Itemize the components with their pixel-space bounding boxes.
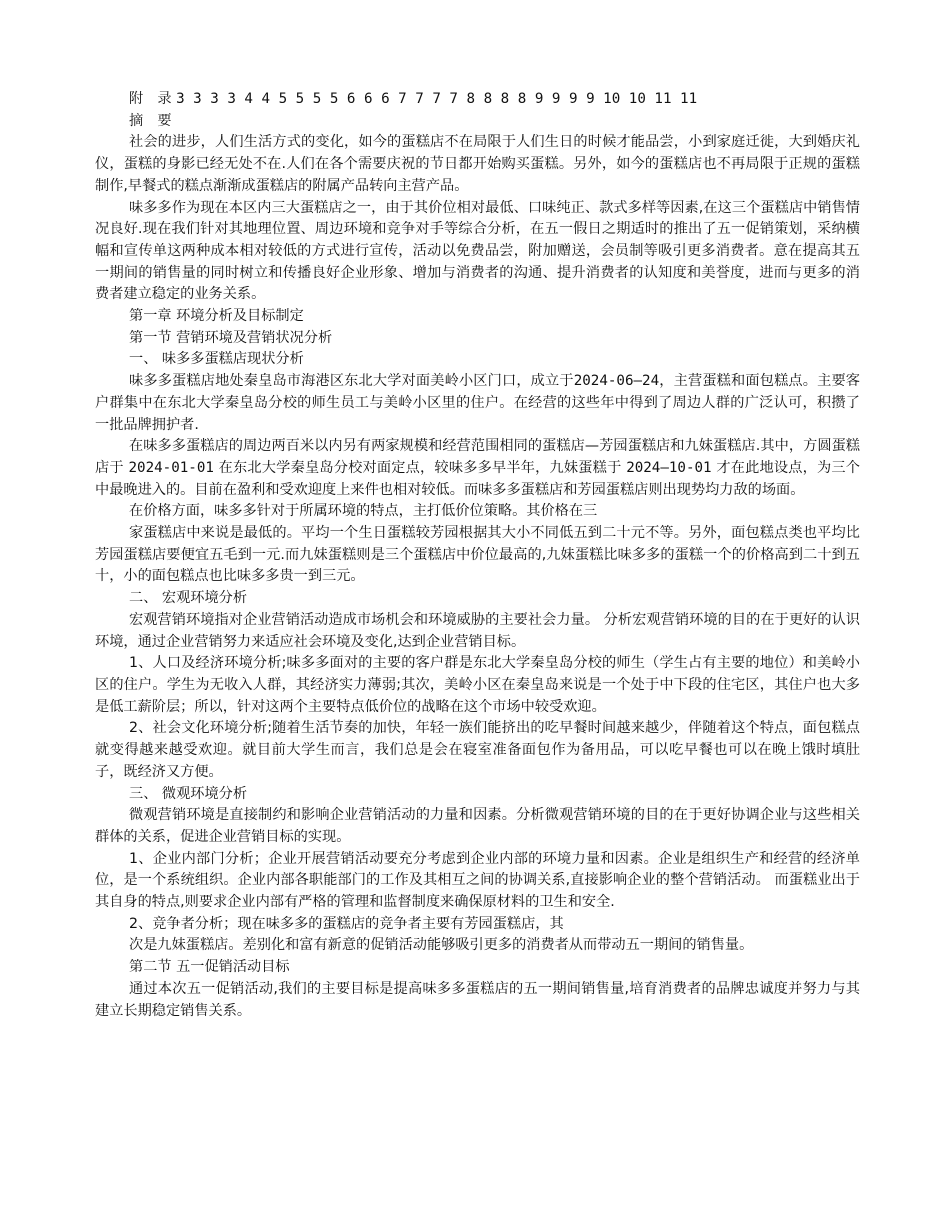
part-1-paragraph-1: 味多多蛋糕店地处秦皇岛市海港区东北大学对面美岭小区门口，成立于2024-06—2… (95, 371, 860, 436)
toc-label: 附 录 (129, 91, 172, 107)
section-2-title: 第二节 五一促销活动目标 (95, 957, 860, 979)
text: 在东北大学秦皇岛分校对面定点，较味多多早半年，九妹蛋糕于 (219, 460, 622, 476)
chapter-1-title: 第一章 环境分析及目标制定 (95, 306, 860, 328)
part-1-title: 一、 味多多蛋糕店现状分析 (95, 349, 860, 371)
part-3-paragraph-4: 次是九妹蛋糕店。差别化和富有新意的促销活动能够吸引更多的消费者从而带动五一期间的… (95, 935, 860, 957)
part-1-paragraph-3: 在价格方面，味多多针对于所属环境的特点，主打低价位策略。其价格在三 (95, 501, 860, 523)
section-1-title: 第一节 营销环境及营销状况分析 (95, 328, 860, 350)
abstract-paragraph-2: 味多多作为现在本区内三大蛋糕店之一，由于其价位相对最低、口味纯正、款式多样等因素… (95, 198, 860, 307)
part-3-paragraph-2: 1、企业内部门分析；企业开展营销活动要充分考虑到企业内部的环境力量和因素。企业是… (95, 849, 860, 914)
part-2-title: 二、 宏观环境分析 (95, 588, 860, 610)
document-page: 附 录 3 3 3 3 4 4 5 5 5 5 6 6 6 7 7 7 7 8 … (95, 89, 860, 1022)
part-2-paragraph-1: 宏观营销环境指对企业营销活动造成市场机会和环境威胁的主要社会力量。 分析宏观营销… (95, 610, 860, 653)
founding-date: 2024-06—24 (574, 373, 659, 389)
part-2-paragraph-3: 2、社会文化环境分析;随着生活节奏的加快，年轻一族们能挤出的吃早餐时间越来越少，… (95, 718, 860, 783)
part-3-paragraph-3: 2、竞争者分析；现在味多多的蛋糕店的竞争者主要有芳园蛋糕店，其 (95, 914, 860, 936)
part-1-paragraph-2: 在味多多蛋糕店的周边两百米以内另有两家规模和经营范围相同的蛋糕店—芳园蛋糕店和九… (95, 436, 860, 501)
part-3-paragraph-1: 微观营销环境是直接制约和影响企业营销活动的力量和因素。分析微观营销环境的目的在于… (95, 805, 860, 848)
abstract-paragraph-1: 社会的进步，人们生活方式的变化，如今的蛋糕店不在局限于人们生日的时候才能品尝，小… (95, 132, 860, 197)
toc-page-numbers: 3 3 3 3 4 4 5 5 5 5 6 6 6 7 7 7 7 8 8 8 … (176, 91, 697, 107)
competitor-date-2: 2024—10-01 (626, 460, 711, 476)
toc-line: 附 录 3 3 3 3 4 4 5 5 5 5 6 6 6 7 7 7 7 8 … (95, 89, 860, 111)
section-2-paragraph-1: 通过本次五一促销活动,我们的主要目标是提高味多多蛋糕店的五一期间销售量,培育消费… (95, 979, 860, 1022)
part-3-title: 三、 微观环境分析 (95, 784, 860, 806)
part-1-paragraph-4: 家蛋糕店中来说是最低的。平均一个生日蛋糕较芳园根据其大小不同低五到二十元不等。另… (95, 523, 860, 588)
abstract-title: 摘 要 (95, 111, 860, 133)
part-2-paragraph-2: 1、人口及经济环境分析;味多多面对的主要的客户群是东北大学秦皇岛分校的师生（学生… (95, 653, 860, 718)
text: 味多多蛋糕店地处秦皇岛市海港区东北大学对面美岭小区门口，成立于 (129, 373, 574, 389)
competitor-date-1: 2024-01-01 (129, 460, 214, 476)
